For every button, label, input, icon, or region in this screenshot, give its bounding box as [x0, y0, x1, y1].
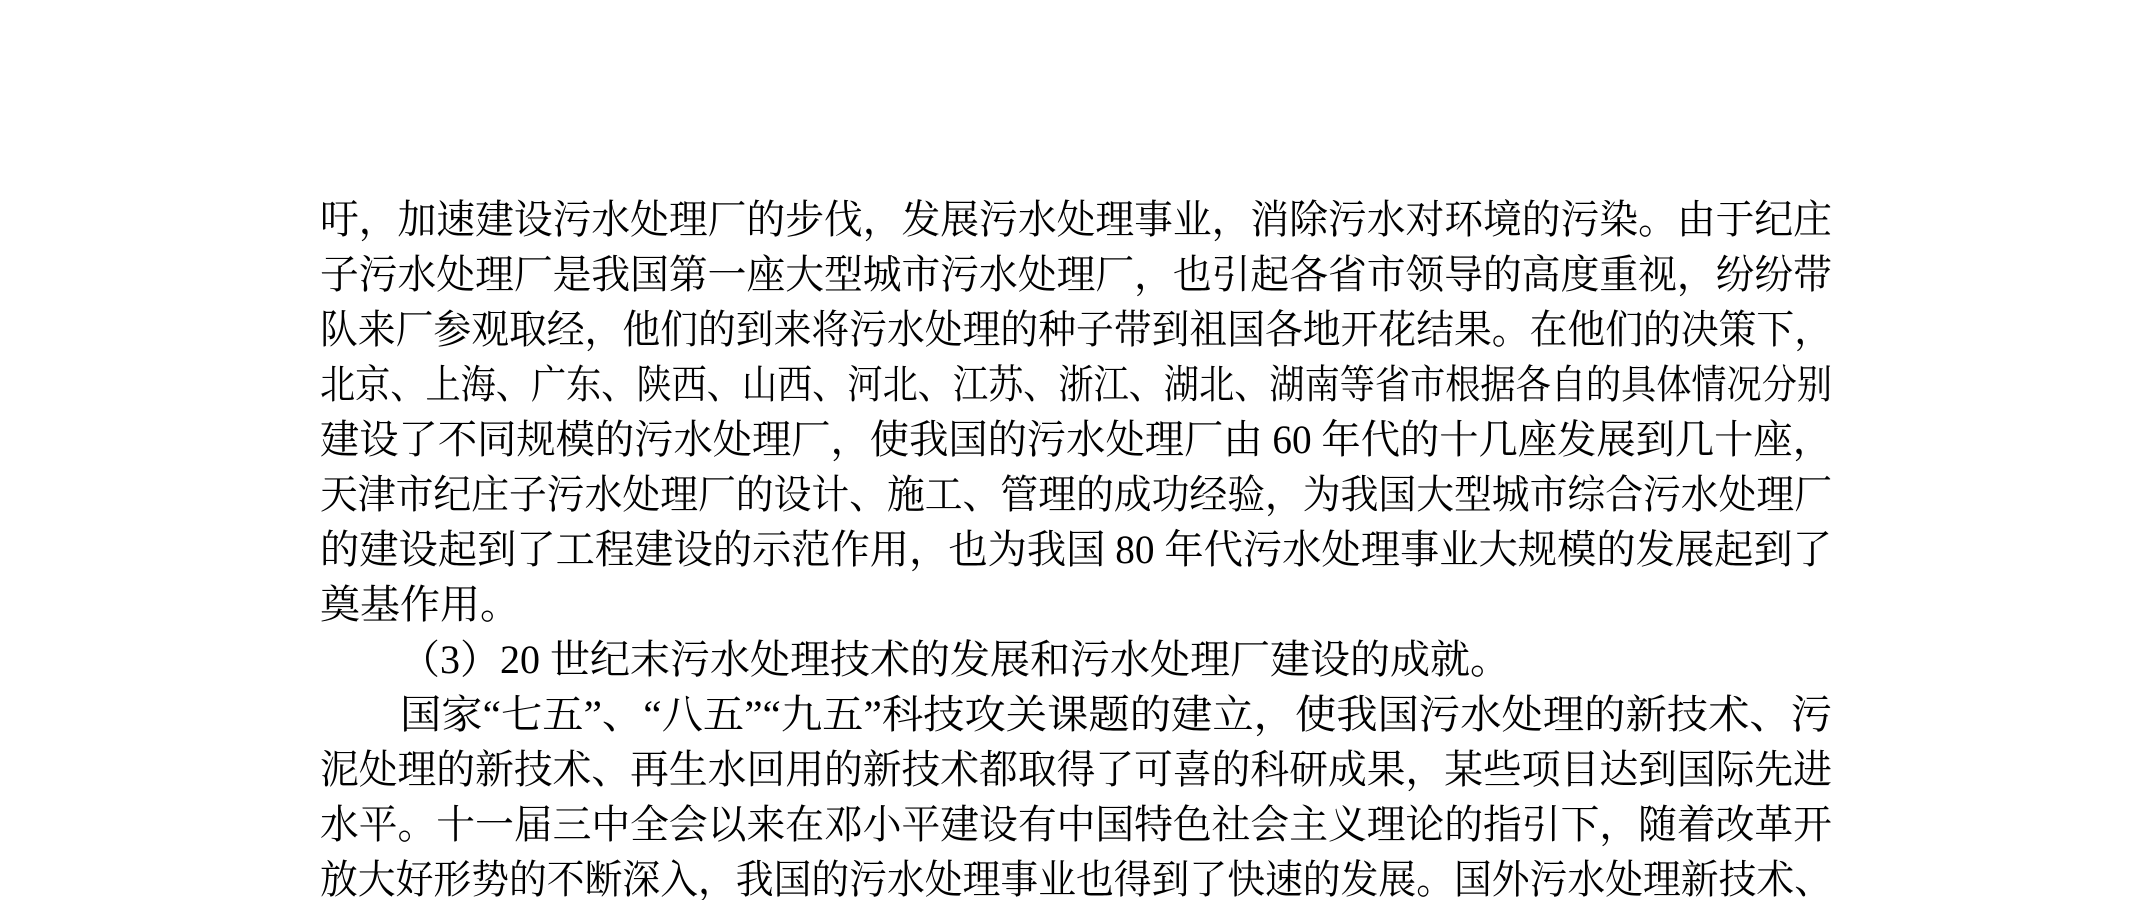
text-line: 北京、上海、广东、陕西、山西、河北、江苏、浙江、湖北、湖南等省市根据各自的具体情…: [320, 357, 1832, 412]
text-line-content: 子污水处理厂是我国第一座大型城市污水处理厂，也引起各省市领导的高度重视，纷纷带: [320, 247, 1832, 302]
text-line-content: 泥处理的新技术、再生水回用的新技术都取得了可喜的科研成果，某些项目达到国际先进: [320, 742, 1832, 797]
text-line-content: 建设了不同规模的污水处理厂，使我国的污水处理厂由 60 年代的十几座发展到几十座…: [320, 412, 1832, 467]
text-line: 泥处理的新技术、再生水回用的新技术都取得了可喜的科研成果，某些项目达到国际先进: [320, 742, 1832, 797]
text-line: 天津市纪庄子污水处理厂的设计、施工、管理的成功经验，为我国大型城市综合污水处理厂: [320, 467, 1832, 522]
text-line-content: 放大好形势的不断深入，我国的污水处理事业也得到了快速的发展。国外污水处理新技术、: [320, 852, 1832, 900]
text-line-content: 奠基作用。: [320, 577, 520, 632]
text-line-content: 国家“七五”、“八五”“九五”科技攻关课题的建立，使我国污水处理的新技术、污: [400, 687, 1832, 742]
text-line: （3）20 世纪末污水处理技术的发展和污水处理厂建设的成就。: [320, 632, 1832, 687]
text-line: 队来厂参观取经，他们的到来将污水处理的种子带到祖国各地开花结果。在他们的决策下，: [320, 302, 1832, 357]
text-line-content: 水平。十一届三中全会以来在邓小平建设有中国特色社会主义理论的指引下，随着改革开: [320, 797, 1832, 852]
text-line: 水平。十一届三中全会以来在邓小平建设有中国特色社会主义理论的指引下，随着改革开: [320, 797, 1832, 852]
text-line-content: 吁，加速建设污水处理厂的步伐，发展污水处理事业，消除污水对环境的污染。由于纪庄: [320, 192, 1832, 247]
text-line-content: 北京、上海、广东、陕西、山西、河北、江苏、浙江、湖北、湖南等省市根据各自的具体情…: [320, 357, 1832, 412]
text-line: 建设了不同规模的污水处理厂，使我国的污水处理厂由 60 年代的十几座发展到几十座…: [320, 412, 1832, 467]
text-line-content: 的建设起到了工程建设的示范作用，也为我国 80 年代污水处理事业大规模的发展起到…: [320, 522, 1832, 577]
document-text-block: 吁，加速建设污水处理厂的步伐，发展污水处理事业，消除污水对环境的污染。由于纪庄子…: [320, 192, 1832, 900]
text-line-content: 队来厂参观取经，他们的到来将污水处理的种子带到祖国各地开花结果。在他们的决策下，: [320, 302, 1832, 357]
text-line: 奠基作用。: [320, 577, 1832, 632]
text-line: 放大好形势的不断深入，我国的污水处理事业也得到了快速的发展。国外污水处理新技术、: [320, 852, 1832, 900]
document-page: 吁，加速建设污水处理厂的步伐，发展污水处理事业，消除污水对环境的污染。由于纪庄子…: [0, 0, 2149, 900]
text-line-content: （3）20 世纪末污水处理技术的发展和污水处理厂建设的成就。: [400, 632, 1510, 687]
text-line-content: 天津市纪庄子污水处理厂的设计、施工、管理的成功经验，为我国大型城市综合污水处理厂: [320, 467, 1832, 522]
text-line: 吁，加速建设污水处理厂的步伐，发展污水处理事业，消除污水对环境的污染。由于纪庄: [320, 192, 1832, 247]
text-line: 子污水处理厂是我国第一座大型城市污水处理厂，也引起各省市领导的高度重视，纷纷带: [320, 247, 1832, 302]
text-line: 国家“七五”、“八五”“九五”科技攻关课题的建立，使我国污水处理的新技术、污: [320, 687, 1832, 742]
text-line: 的建设起到了工程建设的示范作用，也为我国 80 年代污水处理事业大规模的发展起到…: [320, 522, 1832, 577]
